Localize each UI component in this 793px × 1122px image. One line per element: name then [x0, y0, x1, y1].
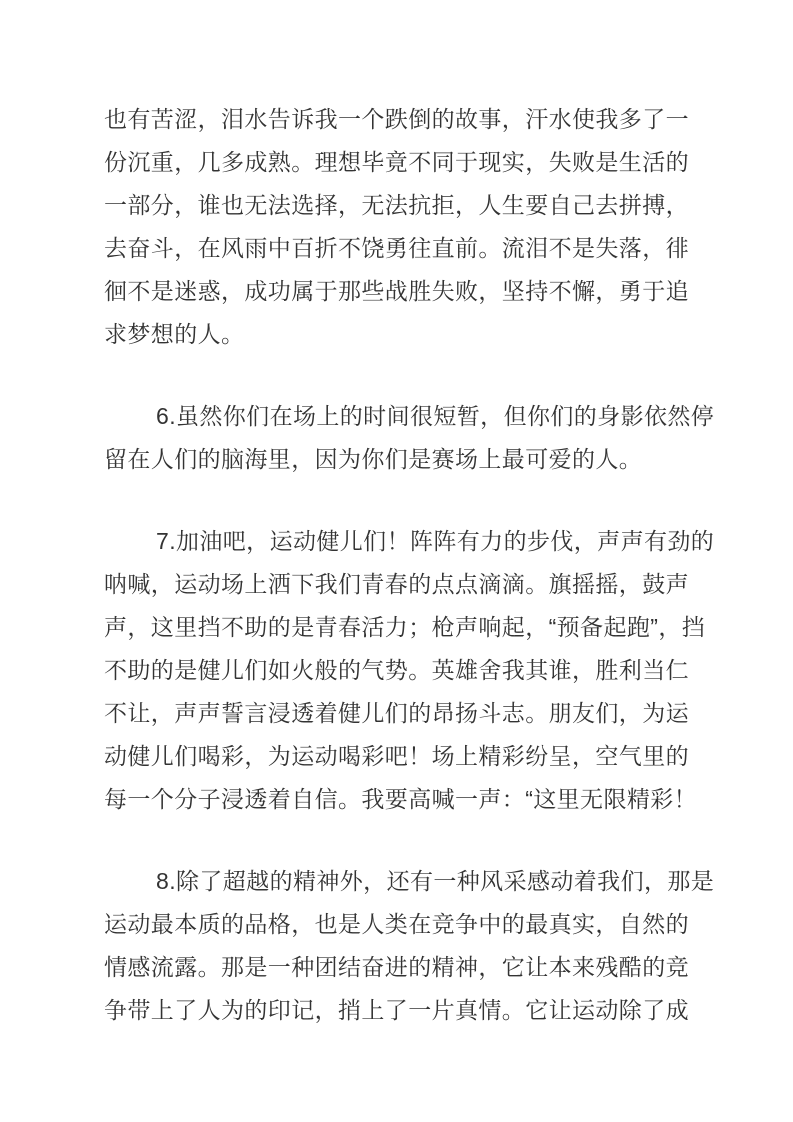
text-line: 声，这里挡不助的是青春活力；枪声响起，“预备起跑”，挡 [104, 606, 690, 649]
document-page: 也有苦涩，泪水告诉我一个跌倒的故事，汗水使我多了一 份沉重，几多成熟。理想毕竟不… [104, 98, 690, 1032]
text-line: 份沉重，几多成熟。理想毕竟不同于现实，失败是生活的 [104, 141, 690, 184]
paragraph-7: 7.加油吧，运动健儿们！阵阵有力的步伐，声声有劲的 呐喊，运动场上洒下我们青春的… [104, 520, 690, 821]
text-line: 徊不是迷惑，成功属于那些战胜失败，坚持不懈，勇于追 [104, 270, 690, 313]
text-line: 不助的是健儿们如火般的气势。英雄舍我其谁，胜利当仁 [104, 649, 690, 692]
paragraph-8: 8.除了超越的精神外，还有一种风采感动着我们，那是 运动最本质的品格，也是人类在… [104, 860, 690, 1032]
text-line: 每一个分子浸透着自信。我要高喊一声：“这里无限精彩！ [104, 778, 690, 821]
text-line: 也有苦涩，泪水告诉我一个跌倒的故事，汗水使我多了一 [104, 98, 690, 141]
text-line: 一部分，谁也无法选择，无法抗拒，人生要自己去拼搏， [104, 184, 690, 227]
paragraph-6: 6.虽然你们在场上的时间很短暂，但你们的身影依然停 留在人们的脑海里，因为你们是… [104, 395, 690, 481]
text-line: 动健儿们喝彩，为运动喝彩吧！场上精彩纷呈，空气里的 [104, 735, 690, 778]
text-line: 争带上了人为的印记，捎上了一片真情。它让运动除了成 [104, 989, 690, 1032]
text-line: 7.加油吧，运动健儿们！阵阵有力的步伐，声声有劲的 [104, 520, 690, 563]
text-line: 留在人们的脑海里，因为你们是赛场上最可爱的人。 [104, 438, 690, 481]
text-line: 求梦想的人。 [104, 313, 690, 356]
text-line: 去奋斗，在风雨中百折不饶勇往直前。流泪不是失落，徘 [104, 227, 690, 270]
text-line: 情感流露。那是一种团结奋进的精神，它让本来残酷的竞 [104, 946, 690, 989]
text-line: 呐喊，运动场上洒下我们青春的点点滴滴。旗摇摇，鼓声 [104, 563, 690, 606]
text-line: 不让，声声誓言浸透着健儿们的昂扬斗志。朋友们，为运 [104, 692, 690, 735]
text-line: 6.虽然你们在场上的时间很短暂，但你们的身影依然停 [104, 395, 690, 438]
text-line: 8.除了超越的精神外，还有一种风采感动着我们，那是 [104, 860, 690, 903]
text-line: 运动最本质的品格，也是人类在竞争中的最真实，自然的 [104, 903, 690, 946]
paragraph-continuation: 也有苦涩，泪水告诉我一个跌倒的故事，汗水使我多了一 份沉重，几多成熟。理想毕竟不… [104, 98, 690, 356]
